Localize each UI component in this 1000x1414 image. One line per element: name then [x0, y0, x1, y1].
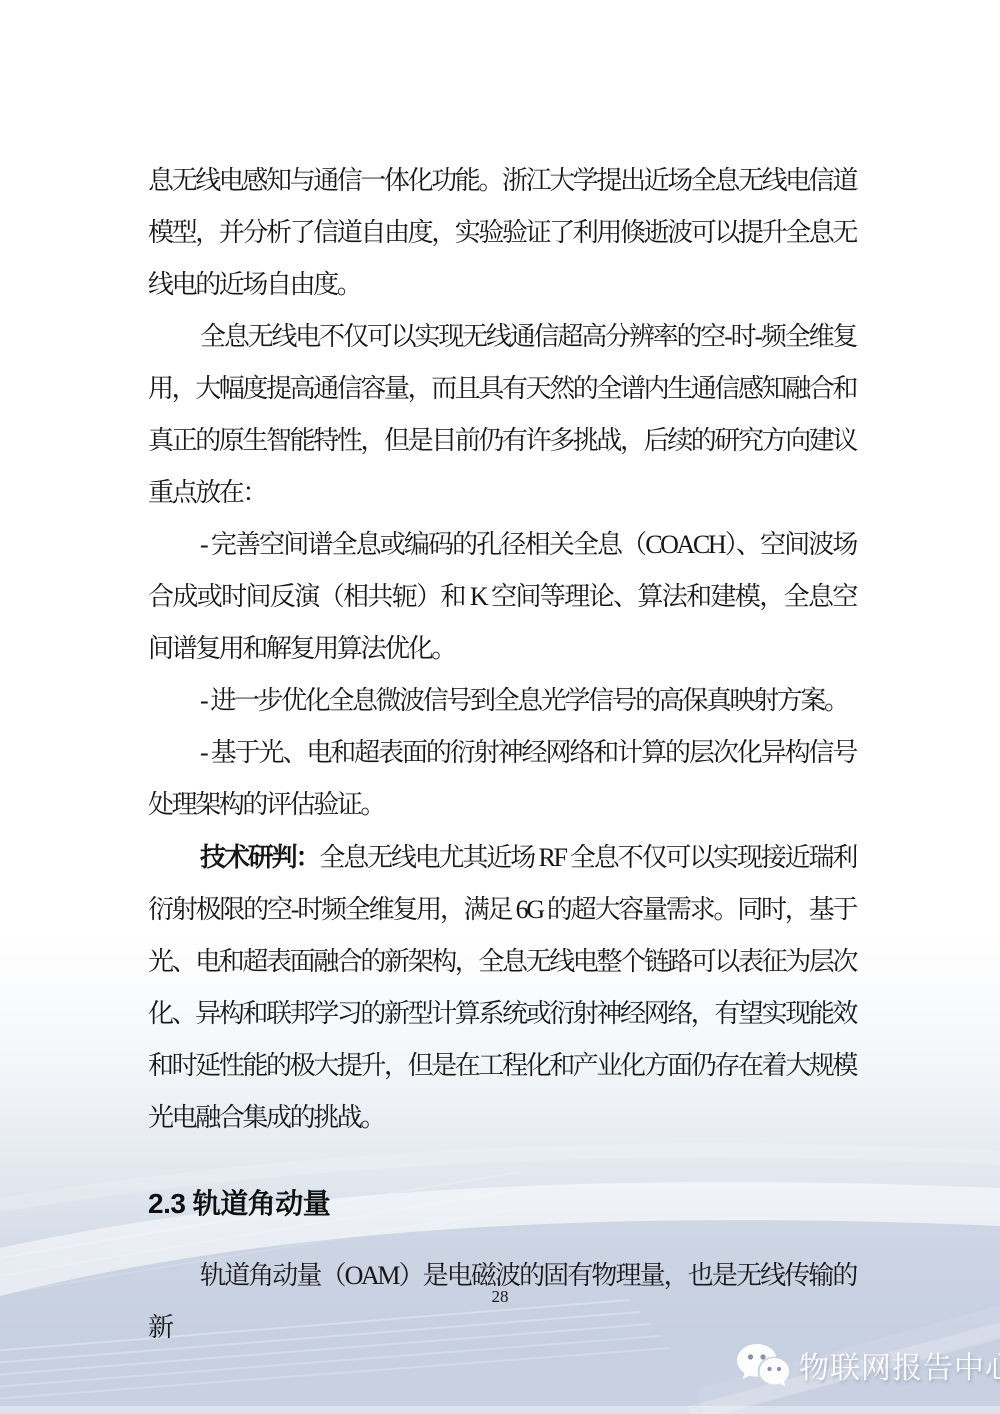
tech-assessment-label: 技术研判： [200, 842, 319, 872]
page-number: 28 [0, 1287, 1000, 1307]
document-page: 息无线电感知与通信一体化功能。浙江大学提出近场全息无线电信道模型，并分析了信道自… [0, 0, 1000, 1414]
page-body: 息无线电感知与通信一体化功能。浙江大学提出近场全息无线电信道模型，并分析了信道自… [148, 155, 856, 1354]
wechat-icon [736, 1342, 790, 1388]
bullet-item-coach: - 完善空间谱全息或编码的孔径相关全息（COACH）、空间波场合成或时间反演（相… [148, 519, 856, 675]
paragraph-tech-assessment: 技术研判：全息无线电尤其近场 RF 全息不仅可以实现接近瑞利衍射极限的空-时频全… [148, 831, 856, 1144]
paragraph-holographic-radio-cont: 息无线电感知与通信一体化功能。浙江大学提出近场全息无线电信道模型，并分析了信道自… [148, 155, 856, 311]
watermark: 物联网报告中心 [736, 1342, 1000, 1388]
section-heading-oam: 2.3 轨道角动量 [148, 1178, 856, 1230]
paragraph-holographic-radio-challenges: 全息无线电不仅可以实现无线通信超高分辨率的空-时-频全维复用，大幅度提高通信容量… [148, 311, 856, 519]
bullet-item-mapping: - 进一步优化全息微波信号到全息光学信号的高保真映射方案。 [148, 675, 856, 727]
bullet-item-architecture: - 基于光、电和超表面的衍射神经网络和计算的层次化异构信号处理架构的评估验证。 [148, 727, 856, 831]
watermark-label: 物联网报告中心 [799, 1343, 1000, 1387]
tech-assessment-text: 全息无线电尤其近场 RF 全息不仅可以实现接近瑞利衍射极限的空-时频全维复用，满… [148, 843, 856, 1132]
